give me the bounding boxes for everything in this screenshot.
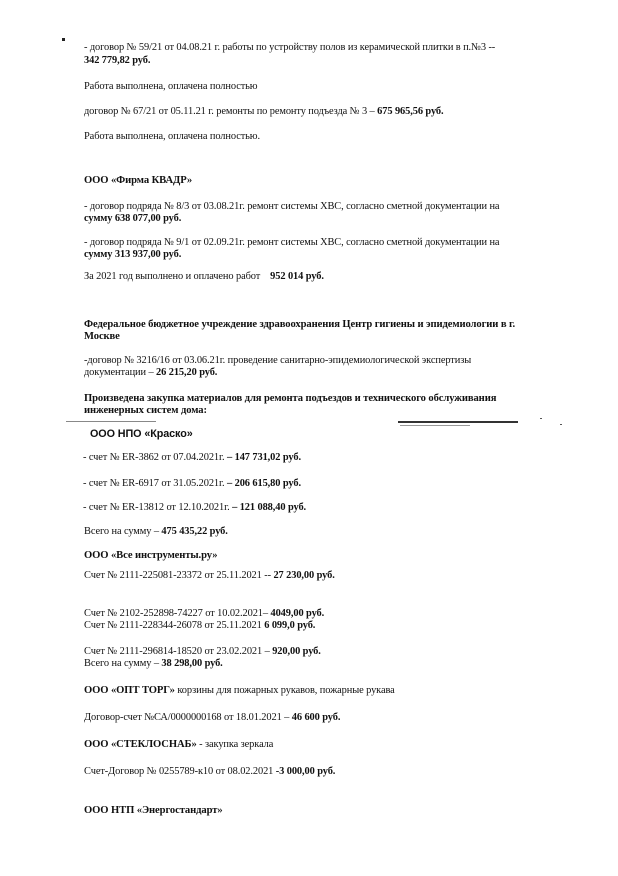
opt-contract-amount: 46 600 руб. (292, 712, 341, 723)
instr-invoice: Счет № 2111-225081-23372 от 25.11.2021 -… (84, 569, 335, 582)
org-steklo-title: ООО «СТЕКЛОСНАБ» (84, 739, 197, 750)
krasko-invoice-text: - счет № ER-3862 от 07.04.2021г. (83, 452, 227, 463)
opt-contract: Договор-счет №СА/0000000168 от 18.01.202… (84, 711, 340, 724)
org-krasko-title: ООО НПО «Краско» (90, 428, 193, 441)
fbuz-item-line2: документации – 26 215,20 руб. (84, 366, 217, 379)
contract-67-21-amount: 675 965,56 руб. (377, 106, 443, 117)
contract-59-21-amount: 342 779,82 руб. (84, 54, 150, 67)
kvadr-item1-line2: сумму 638 077,00 руб. (84, 212, 181, 225)
scan-artifact (66, 421, 156, 422)
instr-invoice-text: Счет № 2111-296814-18520 от 23.02.2021 – (84, 646, 272, 657)
scan-speck (62, 38, 65, 41)
instr-invoice-text: Счет № 2111-228344-26078 от 25.11.2021 (84, 620, 264, 631)
work-done-note-2: Работа выполнена, оплачена полностью. (84, 130, 260, 143)
steklo-contract-amount: -3 000,00 руб. (276, 766, 336, 777)
instr-invoice-amount: 27 230,00 руб. (273, 570, 334, 581)
instr-total: Всего на сумму – 38 298,00 руб. (84, 657, 223, 670)
krasko-total: Всего на сумму – 475 435,22 руб. (84, 525, 228, 538)
krasko-invoice: - счет № ER-13812 от 12.10.2021г. – 121 … (83, 501, 306, 514)
krasko-invoice: - счет № ER-3862 от 07.04.2021г. – 147 7… (83, 451, 301, 464)
instr-invoice-text: Счет № 2111-225081-23372 от 25.11.2021 -… (84, 570, 273, 581)
instr-total-text: Всего на сумму – (84, 658, 161, 669)
fbuz-item-text: документации – (84, 367, 156, 378)
krasko-invoice-text: - счет № ER-6917 от 31.05.2021г. (83, 478, 227, 489)
org-opt-desc: корзины для пожарных рукавов, пожарные р… (175, 685, 395, 696)
org-instr-title: ООО «Все инструменты.ру» (84, 549, 217, 562)
kvadr-total: За 2021 год выполнено и оплачено работ 9… (84, 270, 324, 283)
org-kvadr-title: ООО «Фирма КВАДР» (84, 174, 192, 187)
purchase-heading-line2: инженерных систем дома: (84, 404, 207, 417)
instr-invoice-amount: 920,00 руб. (272, 646, 321, 657)
kvadr-total-label: За 2021 год выполнено и оплачено работ (84, 271, 263, 282)
org-opt: ООО «ОПТ ТОРГ» корзины для пожарных рука… (84, 684, 395, 697)
instr-invoice-amount: 6 099,0 руб. (264, 620, 315, 631)
krasko-invoice-amount: – 121 088,40 руб. (232, 502, 306, 513)
opt-contract-text: Договор-счет №СА/0000000168 от 18.01.202… (84, 712, 292, 723)
contract-67-21: договор № 67/21 от 05.11.21 г. ремонты п… (84, 105, 444, 118)
krasko-invoice-amount: – 206 615,80 руб. (227, 478, 301, 489)
scan-speck (540, 418, 542, 419)
kvadr-item2-line2: сумму 313 937,00 руб. (84, 248, 181, 261)
instr-invoice-text: Счет № 2102-252898-74227 от 10.02.2021– (84, 608, 270, 619)
kvadr-total-amount: 952 014 руб. (270, 271, 324, 282)
work-done-note-1: Работа выполнена, оплачена полностью (84, 80, 257, 93)
scan-speck (560, 424, 562, 425)
krasko-total-text: Всего на сумму – (84, 526, 161, 537)
steklo-contract: Счет-Договор № 0255789-к10 от 08.02.2021… (84, 765, 335, 778)
contract-59-21-line1: - договор № 59/21 от 04.08.21 г. работы … (84, 41, 495, 54)
scan-artifact (398, 421, 518, 423)
org-steklo-desc: - закупка зеркала (197, 739, 274, 750)
steklo-contract-text: Счет-Договор № 0255789-к10 от 08.02.2021 (84, 766, 276, 777)
fbuz-item-amount: 26 215,20 руб. (156, 367, 217, 378)
krasko-invoice-text: - счет № ER-13812 от 12.10.2021г. (83, 502, 232, 513)
org-energo-title: ООО НТП «Энергостандарт» (84, 804, 223, 817)
instr-total-amount: 38 298,00 руб. (161, 658, 222, 669)
org-fbuz-title-line2: Москве (84, 330, 120, 343)
instr-invoice-amount: 4049,00 руб. (270, 608, 324, 619)
scan-artifact (400, 425, 470, 426)
org-steklo: ООО «СТЕКЛОСНАБ» - закупка зеркала (84, 738, 273, 751)
krasko-invoice-amount: – 147 731,02 руб. (227, 452, 301, 463)
instr-invoice: Счет № 2111-228344-26078 от 25.11.2021 6… (84, 619, 315, 632)
contract-67-21-text: договор № 67/21 от 05.11.21 г. ремонты п… (84, 106, 377, 117)
org-fbuz-title-line1: Федеральное бюджетное учреждение здравоо… (84, 318, 515, 331)
krasko-total-amount: 475 435,22 руб. (161, 526, 227, 537)
krasko-invoice: - счет № ER-6917 от 31.05.2021г. – 206 6… (83, 477, 301, 490)
org-opt-title: ООО «ОПТ ТОРГ» (84, 685, 175, 696)
